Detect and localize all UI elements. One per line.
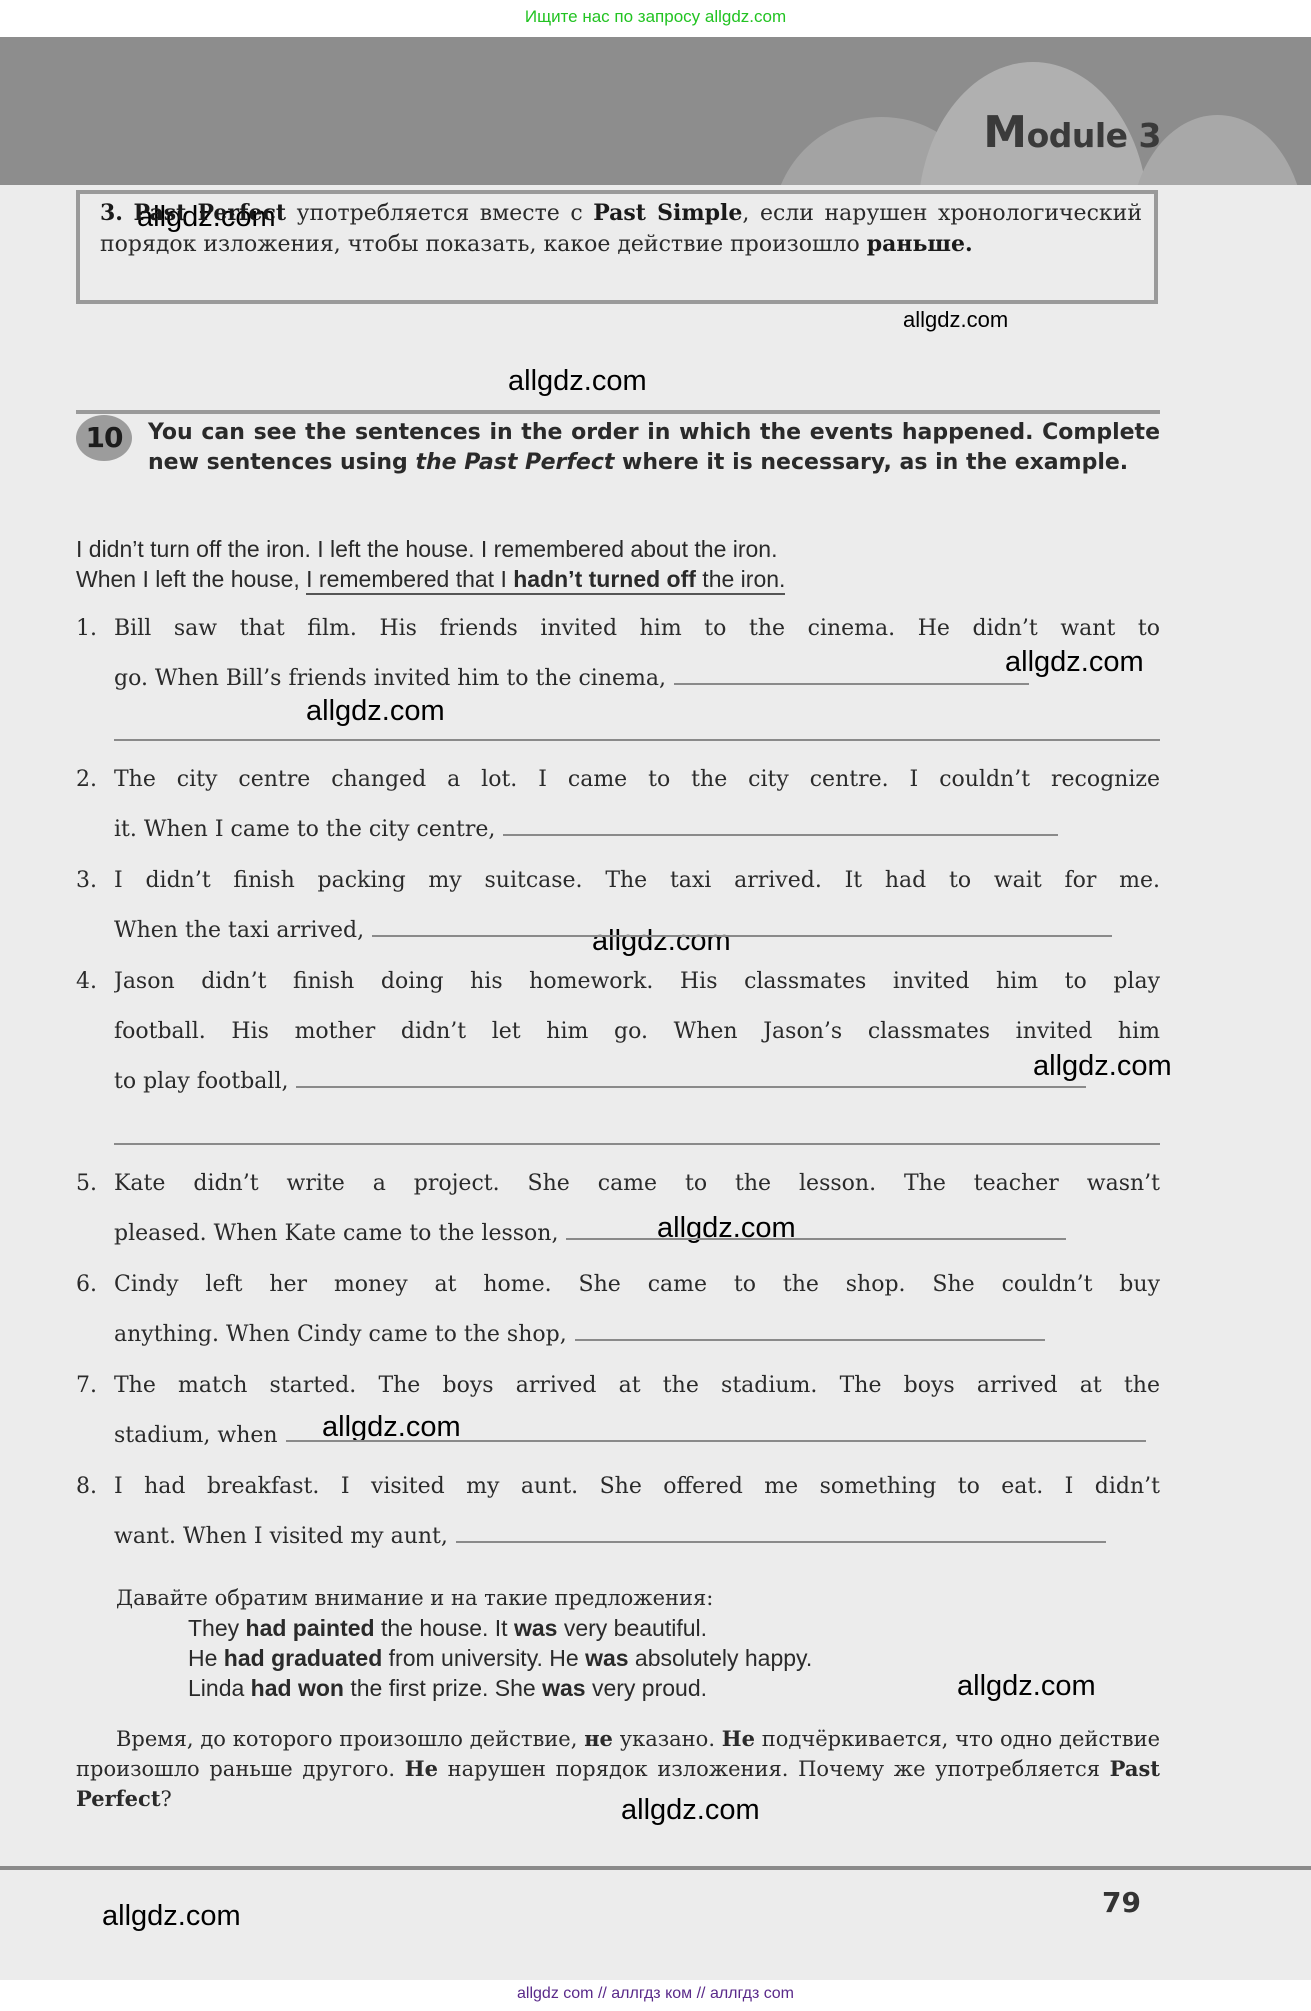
answer-blank[interactable] — [372, 934, 1112, 937]
bottom-banner[interactable]: allgdz com // аллгдз ком // аллгдз com — [0, 1980, 1311, 2011]
watermark: allgdz.com — [102, 1902, 241, 1931]
answer-blank[interactable] — [575, 1338, 1045, 1341]
answer-blank[interactable] — [503, 833, 1058, 836]
top-search-banner[interactable]: Ищите нас по запросу allgdz.com — [0, 0, 1311, 36]
note-intro: Давайте обратим внимание и на такие пред… — [116, 1586, 713, 1610]
answer-blank[interactable] — [286, 1439, 1146, 1442]
note-question: Время, до которого произошло действие, н… — [76, 1724, 1160, 1814]
module-title: Module 3 — [983, 107, 1161, 158]
example-answer: When I left the house, I remembered that… — [76, 566, 1176, 593]
exercise-item-5: 5. Kate didn’t write a project. She came… — [76, 1159, 1160, 1259]
exercise-item-8: 8. I had breakfast. I visited my aunt. S… — [76, 1462, 1160, 1562]
page-header-band: Module 3 — [0, 37, 1311, 185]
answer-blank[interactable] — [566, 1237, 1066, 1240]
example-given: I didn’t turn off the iron. I left the h… — [76, 536, 1176, 563]
answer-blank[interactable] — [114, 1143, 1160, 1145]
exercise-instruction: You can see the sentences in the order i… — [148, 418, 1160, 478]
exercise-item-7: 7. The match started. The boys arrived a… — [76, 1361, 1160, 1461]
answer-blank[interactable] — [296, 1085, 1086, 1088]
footer-divider — [0, 1866, 1311, 1870]
exercise-item-6: 6. Cindy left her money at home. She cam… — [76, 1260, 1160, 1360]
watermark: allgdz.com — [957, 1672, 1096, 1701]
note-example-2: He had graduated from university. He was… — [188, 1645, 812, 1672]
exercise-item-2: 2. The city centre changed a lot. I came… — [76, 755, 1160, 855]
exercise-number-badge: 10 — [76, 415, 132, 461]
exercise-item-3: 3. I didn’t finish packing my suitcase. … — [76, 856, 1160, 956]
answer-blank[interactable] — [674, 682, 1029, 685]
exercise-item-1: 1. Bill saw that film. His friends invit… — [76, 604, 1160, 704]
note-example-1: They had painted the house. It was very … — [188, 1615, 707, 1642]
page-number: 79 — [1102, 1886, 1141, 1919]
exercise-item-4: 4. Jason didn’t finish doing his homewor… — [76, 957, 1160, 1107]
note-example-3: Linda had won the first prize. She was v… — [188, 1675, 707, 1702]
grammar-rule-box: 3. Past Perfect употребляется вместе с P… — [76, 190, 1158, 304]
answer-blank[interactable] — [456, 1540, 1106, 1543]
watermark: allgdz.com — [508, 367, 647, 396]
exercise-divider — [76, 410, 1160, 414]
watermark: allgdz.com — [903, 309, 1008, 331]
answer-blank[interactable] — [114, 739, 1160, 741]
